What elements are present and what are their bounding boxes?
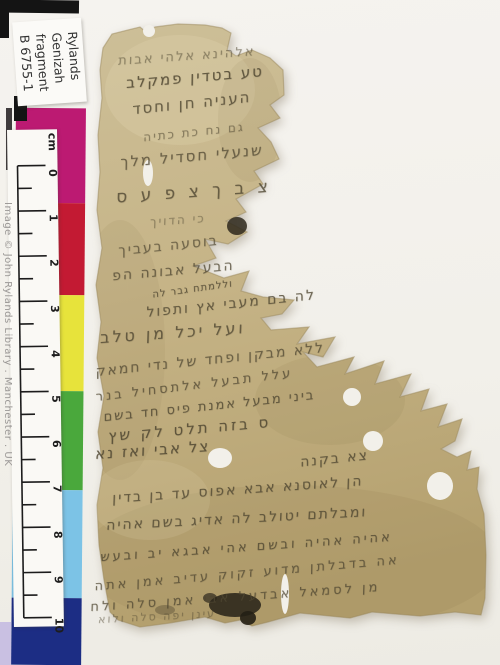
manuscript-line: כי הדויך xyxy=(150,212,206,228)
photo-canvas: cm 012345678910 Rylands Genizah fragment… xyxy=(0,0,500,665)
